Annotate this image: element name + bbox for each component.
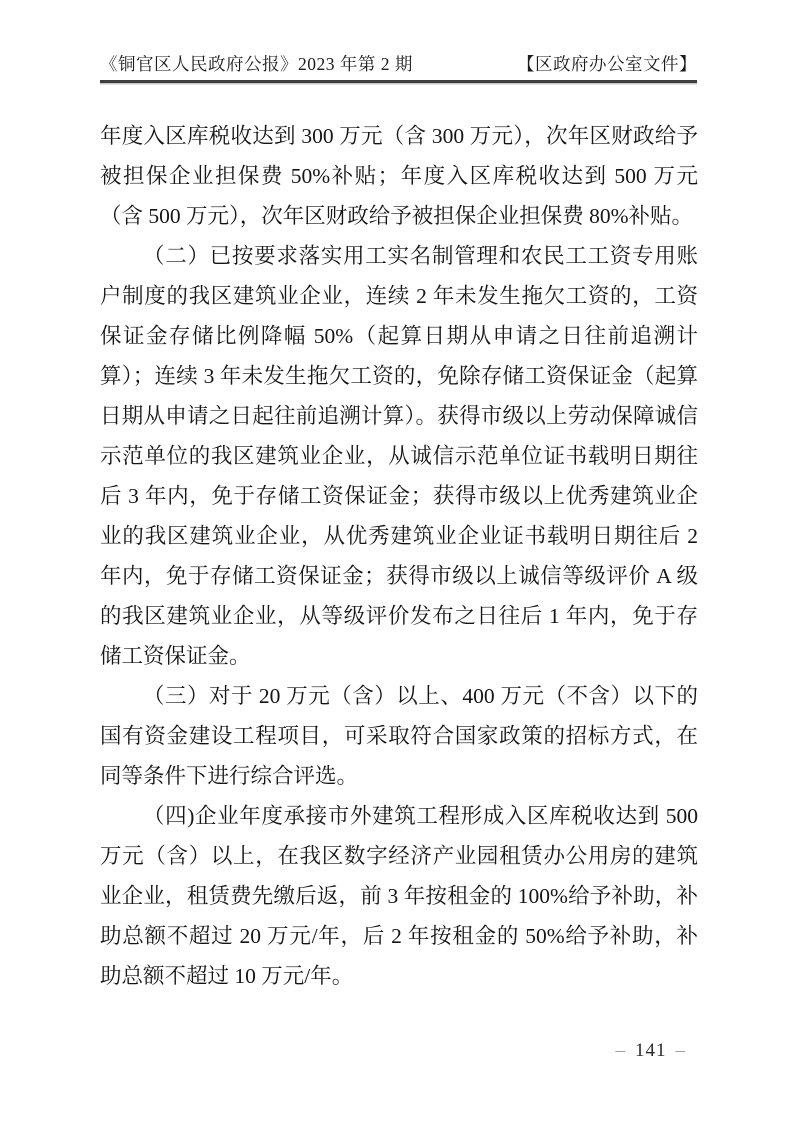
body-paragraph-item-3: （三）对于 20 万元（含）以上、400 万元（不含）以下的国有资金建设工程项目…	[100, 676, 698, 796]
page-number-left-dash: –	[616, 1040, 627, 1061]
header-rule	[100, 80, 697, 83]
body-paragraph-continuation: 年度入区库税收达到 300 万元（含 300 万元），次年区财政给予被担保企业担…	[100, 116, 698, 236]
page-number: 141	[626, 1040, 676, 1061]
header-gazette-title: 《铜官区人民政府公报》2023 年第 2 期	[100, 51, 413, 76]
page-header: 《铜官区人民政府公报》2023 年第 2 期 【区政府办公室文件】	[100, 51, 697, 76]
document-page: 《铜官区人民政府公报》2023 年第 2 期 【区政府办公室文件】 年度入区库税…	[0, 0, 793, 1122]
page-number-right-dash: –	[676, 1040, 687, 1061]
document-body: 年度入区库税收达到 300 万元（含 300 万元），次年区财政给予被担保企业担…	[100, 116, 698, 996]
body-paragraph-item-4: （四)企业年度承接市外建筑工程形成入区库税收达到 500 万元（含）以上，在我区…	[100, 796, 698, 996]
header-section-label: 【区政府办公室文件】	[517, 51, 697, 76]
page-footer: –141–	[616, 1040, 687, 1062]
body-paragraph-item-2: （二）已按要求落实用工实名制管理和农民工工资专用账户制度的我区建筑业企业，连续 …	[100, 236, 698, 676]
